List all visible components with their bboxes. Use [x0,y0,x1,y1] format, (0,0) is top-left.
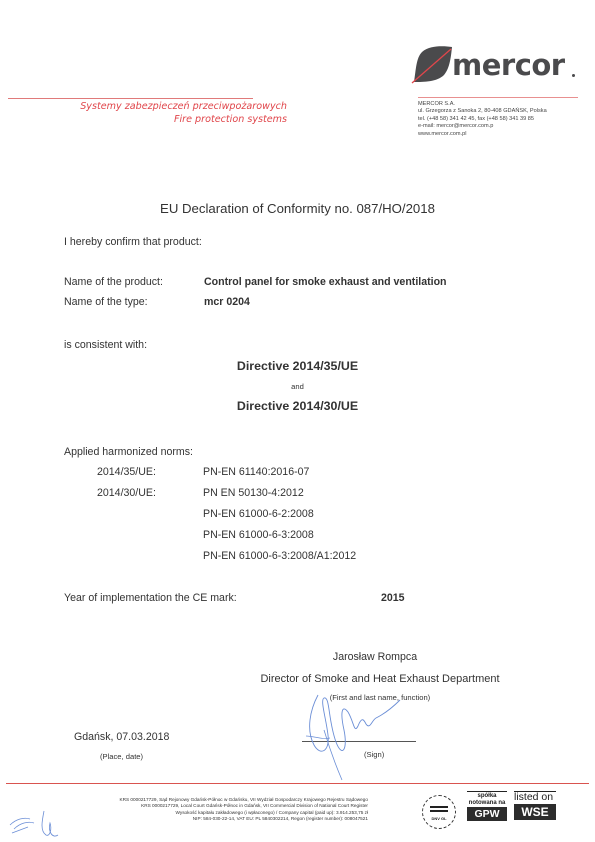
type-value: mcr 0204 [204,296,250,308]
signer-name: Jarosław Rompca [0,651,595,663]
intro-text: I hereby confirm that product: [64,236,202,248]
footer-legal-text: KRS 0000217729, Sąd Rejonowy Gdańsk-Półn… [119,797,368,823]
header-divider-right [418,97,578,98]
norm-directive: 2014/35/UE: [97,466,156,478]
wse-top-text: listed on [514,791,556,803]
tagline: Systemy zabezpieczeń przeciwpożarowych F… [80,100,287,126]
place-date: Gdańsk, 07.03.2018 [74,731,169,743]
product-label: Name of the product: [64,276,163,288]
document-title: EU Declaration of Conformity no. 087/HO/… [0,201,595,216]
tagline-english: Fire protection systems [80,113,287,126]
signer-function: Director of Smoke and Heat Exhaust Depar… [250,673,510,685]
and-text: and [0,382,595,391]
consistent-label: is consistent with: [64,339,147,351]
footer-divider [6,783,589,784]
header-divider-left [8,98,253,99]
dnv-label: DNV GL [423,816,455,821]
signature-scribble-icon [300,690,410,782]
gpw-top-text: spółka notowana na [467,791,507,806]
company-email: e-mail: mercor@mercor.com.p [418,123,547,130]
directive-1: Directive 2014/35/UE [0,359,595,373]
norm-item: PN-EN 61000-6-3:2008/A1:2012 [203,550,356,562]
norm-directive: 2014/30/UE: [97,487,156,499]
logo-wordmark: mercor [452,50,565,80]
gpw-badge: spółka notowana na GPW [467,791,507,821]
type-label: Name of the type: [64,296,148,308]
footer-line: NIP: 584-030-22-14, VAT EU: PL 584030221… [119,816,368,822]
gpw-label: GPW [467,807,507,821]
company-address: ul. Grzegorza z Sanoka 2, 80-408 GDAŃSK,… [418,108,547,115]
initials-scribble-icon [6,805,66,841]
norm-item: PN-EN 61000-6-3:2008 [203,529,314,541]
logo-dot [572,74,575,77]
tagline-polish: Systemy zabezpieczeń przeciwpożarowych [80,100,287,113]
dnv-gl-certification-badge: DNV GL [422,795,456,829]
wse-label: WSE [514,804,556,820]
wse-badge: listed on WSE [514,791,556,820]
mercor-leaf-logo-icon [410,44,454,84]
product-value: Control panel for smoke exhaust and vent… [204,276,447,288]
norm-item: PN-EN 61140:2016-07 [203,466,309,478]
footer-line: KRS 0000217729, Local Court Gdańsk-Półno… [119,803,368,809]
company-info: MERCOR S.A. ul. Grzegorza z Sanoka 2, 80… [418,101,547,138]
place-date-caption: (Place, date) [100,752,143,761]
ce-year: 2015 [381,592,405,604]
norm-item: PN-EN 61000-6-2:2008 [203,508,314,520]
ce-label: Year of implementation the CE mark: [64,592,237,604]
directive-2: Directive 2014/30/UE [0,399,595,413]
norm-item: PN EN 50130-4:2012 [203,487,304,499]
company-website: www.mercor.com.pl [418,131,547,138]
company-phone: tel. (+48 58) 341 42 45, fax (+48 58) 34… [418,116,547,123]
norms-label: Applied harmonized norms: [64,446,193,458]
